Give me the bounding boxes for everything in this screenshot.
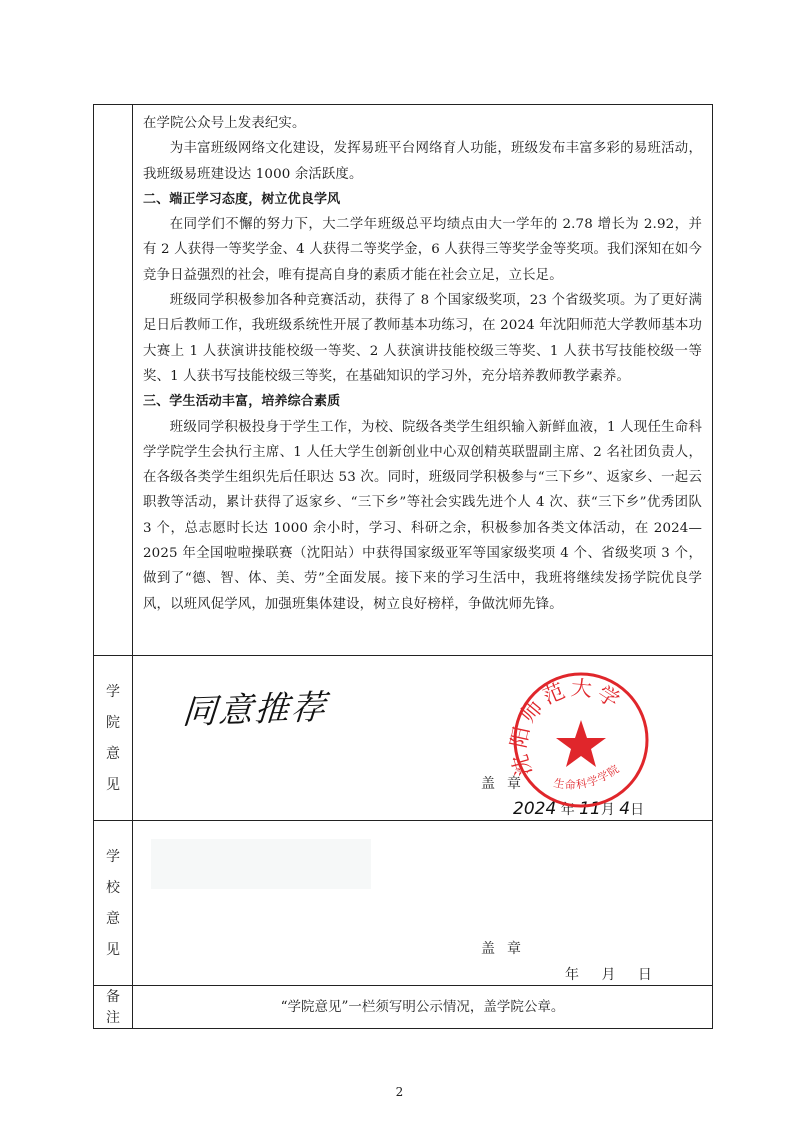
remarks-row: 备 注 “学院意见”一栏须写明公示情况，盖学院公章。 (94, 986, 713, 1029)
signature-date: 2024 年 11月 4日 (513, 799, 644, 819)
school-opinion-row: 学 校 意 见 盖章 年 月 日 (94, 821, 713, 986)
label-char: 学 (106, 685, 120, 699)
school-opinion-label: 学 校 意 见 (94, 850, 132, 957)
main-content-cell: 在学院公众号上发表纪实。 为丰富班级网络文化建设，发挥易班平台网络育人功能，班级… (133, 105, 713, 656)
main-content-row: 在学院公众号上发表纪实。 为丰富班级网络文化建设，发挥易班平台网络育人功能，班级… (94, 105, 713, 656)
date-day-suffix: 日 (630, 802, 644, 818)
school-opinion-label-cell: 学 校 意 见 (94, 821, 133, 986)
label-char: 学 (106, 850, 120, 864)
stamp-label: 盖章 (481, 938, 533, 958)
label-char: 校 (106, 881, 120, 895)
college-opinion-cell: 同意推荐 盖章 2024 年 11月 4日 (133, 656, 713, 821)
date-year-suffix: 年 (561, 802, 575, 818)
remarks-label: 备 注 (94, 990, 132, 1025)
school-opinion-cell: 盖章 年 月 日 (133, 821, 713, 986)
college-opinion-row: 学 院 意 见 同意推荐 盖章 2024 年 11月 4日 (94, 656, 713, 821)
date-year-label: 年 (565, 967, 579, 983)
seal-outer-text: 沈阳师范大学 (506, 676, 627, 779)
recommendation-form-table: 在学院公众号上发表纪实。 为丰富班级网络文化建设，发挥易班平台网络育人功能，班级… (93, 104, 713, 1029)
date-month-suffix: 月 (601, 802, 615, 818)
stamp-label: 盖章 (481, 773, 533, 793)
paragraph-yiban: 为丰富班级网络文化建设，发挥易班平台网络育人功能，班级发布丰富多彩的易班活动，我… (143, 136, 702, 187)
date-month: 11 (579, 799, 601, 819)
label-char: 院 (106, 716, 120, 730)
remarks-cell: “学院意见”一栏须写明公示情况，盖学院公章。 (133, 986, 713, 1029)
paragraph-continued: 在学院公众号上发表纪实。 (143, 111, 702, 136)
date-year: 2024 (513, 799, 556, 819)
section-heading-study-attitude: 二、端正学习态度，树立优良学风 (143, 187, 702, 212)
label-char: 备 (106, 990, 120, 1004)
main-content-body: 在学院公众号上发表纪实。 为丰富班级网络文化建设，发挥易班平台网络育人功能，班级… (133, 105, 712, 619)
handwritten-comment: 同意推荐 (181, 680, 329, 734)
remarks-label-cell: 备 注 (94, 986, 133, 1029)
svg-text:生命科学学院: 生命科学学院 (552, 761, 622, 792)
seal-inner-text: 生命科学学院 (552, 761, 622, 792)
label-char: 见 (106, 778, 120, 792)
paragraph-activities: 班级同学积极投身于学生工作，为校、院级各类学生组织输入新鲜血液，1 人现任生命科… (143, 415, 702, 617)
page-number: 2 (0, 1085, 799, 1099)
section-heading-student-activities: 三、学生活动丰富，培养综合素质 (143, 389, 702, 414)
blank-redacted-area (151, 839, 371, 889)
label-char: 意 (106, 912, 120, 926)
paragraph-competitions: 班级同学积极参加各种竞赛活动，获得了 8 个国家级奖项，23 个省级奖项。为了更… (143, 288, 702, 389)
main-label-cell (94, 105, 133, 656)
svg-text:沈阳师范大学: 沈阳师范大学 (506, 676, 627, 779)
college-seal-icon: 沈阳师范大学 生命科学学院 (503, 668, 653, 818)
document-page: 在学院公众号上发表纪实。 为丰富班级网络文化建设，发挥易班平台网络育人功能，班级… (0, 0, 799, 1144)
date-day-label: 日 (638, 967, 652, 983)
label-char: 见 (106, 943, 120, 957)
college-opinion-label-cell: 学 院 意 见 (94, 656, 133, 821)
paragraph-gpa: 在同学们不懈的努力下，大二学年班级总平均绩点由大一学年的 2.78 增长为 2.… (143, 212, 702, 288)
remarks-text: “学院意见”一栏须写明公示情况，盖学院公章。 (133, 986, 712, 1028)
label-char: 注 (106, 1011, 120, 1025)
date-month-label: 月 (601, 967, 615, 983)
date-day: 4 (619, 799, 630, 819)
label-char: 意 (106, 747, 120, 761)
signature-date: 年 月 日 (565, 964, 652, 984)
college-opinion-label: 学 院 意 见 (94, 685, 132, 792)
